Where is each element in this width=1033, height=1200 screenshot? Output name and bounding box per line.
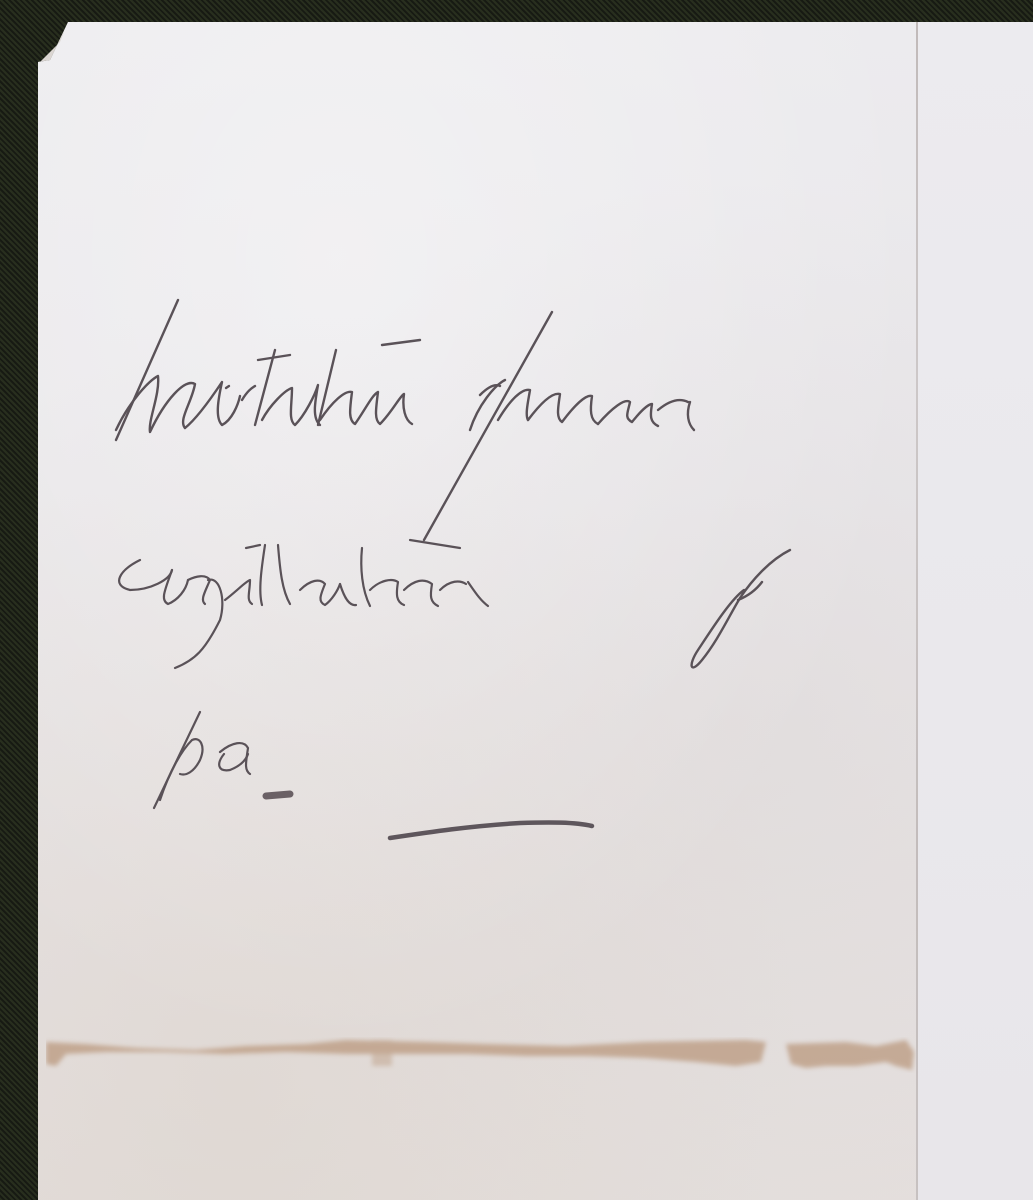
word-legislature bbox=[119, 540, 488, 668]
abbreviation-dash bbox=[266, 794, 290, 796]
underline-flourish bbox=[390, 822, 592, 838]
handwriting-ink bbox=[0, 0, 1033, 1200]
word-invitation bbox=[116, 300, 420, 440]
word-pa bbox=[154, 712, 250, 808]
word-of bbox=[692, 550, 790, 667]
word-from bbox=[424, 312, 694, 540]
